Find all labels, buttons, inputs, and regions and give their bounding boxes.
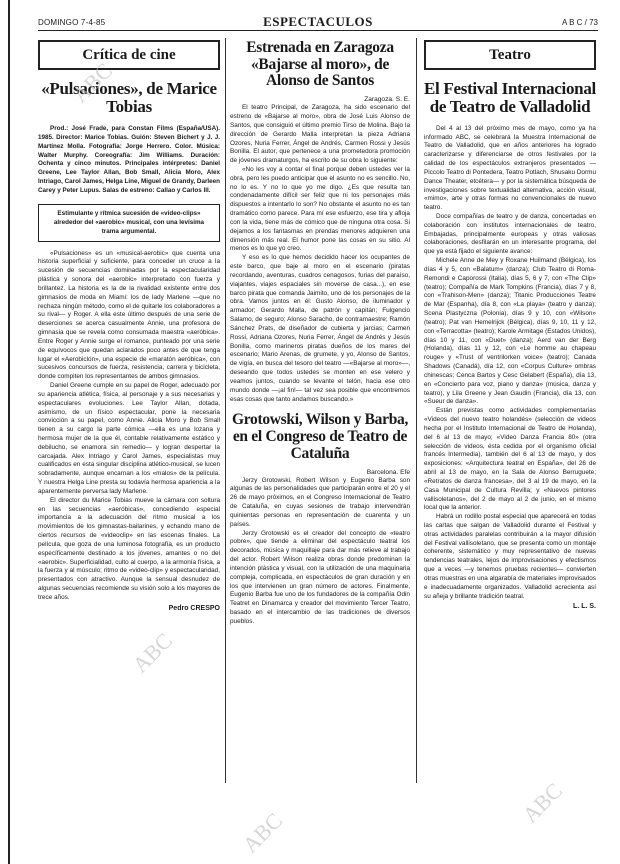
header-section: ESPECTACULOS <box>38 14 598 30</box>
paragraph: «No les voy a contar el final porque deb… <box>230 166 410 254</box>
page-header: DOMINGO 7-4-85 ESPECTACULOS A B C / 73 <box>38 16 598 31</box>
abc-watermark: ABC <box>237 808 287 858</box>
paragraph: Habrá un rodillo postal especial que apa… <box>424 513 596 601</box>
abc-watermark: ABC <box>517 778 567 828</box>
paragraph: Jerzy Grotowski, Robert Wilson y Eugenio… <box>230 477 410 530</box>
festival-headline: El Festival Internacional de Teatro de V… <box>424 80 596 117</box>
film-review-column: Crítica de cine «Pulsaciones», de Marice… <box>38 38 220 612</box>
column-divider-1 <box>225 38 226 783</box>
zaragoza-headline: Estrenada en Zaragoza «Bajarse al moro»,… <box>230 40 410 90</box>
abc-watermark: ABC <box>127 628 177 678</box>
film-review-body: «Pulsaciones» es un «musical-aerobic» qu… <box>38 250 220 603</box>
paragraph: Del 4 al 13 del próximo mes de mayo, com… <box>424 125 596 213</box>
header-page-number: A B C / 73 <box>562 18 598 27</box>
film-review-headline: «Pulsaciones», de Marice Tobias <box>38 80 220 117</box>
theatre-news-column: Estrenada en Zaragoza «Bajarse al moro»,… <box>230 38 410 627</box>
festival-column: Teatro El Festival Internacional de Teat… <box>424 38 596 610</box>
paragraph: Doce compañías de teatro y de danza, con… <box>424 213 596 257</box>
zaragoza-dateline: Zaragoza. S. E. <box>230 96 410 103</box>
paragraph: Jerzy Grotowski es el creador del concep… <box>230 530 410 627</box>
paragraph: «Pulsaciones» es un «musical-aerobic» qu… <box>38 250 220 382</box>
cataluna-dateline: Barcelona. Efe <box>230 469 410 476</box>
section-label-theatre: Teatro <box>424 40 596 70</box>
section-label-film-review: Crítica de cine <box>38 40 220 70</box>
film-credits: Prod.: José Frade, para Constan Films (E… <box>38 125 220 197</box>
festival-signature: L. L. S. <box>424 603 596 610</box>
paragraph: El director du Marice Tobias mueve la cá… <box>38 497 220 603</box>
zaragoza-body: El teatro Principal, de Zaragoza, ha sid… <box>230 104 410 404</box>
film-summary-box: Estimulante y rítmica sucesión de «video… <box>38 204 220 241</box>
paragraph: El teatro Principal, de Zaragoza, ha sid… <box>230 104 410 166</box>
film-review-signature: Pedro CRESPO <box>38 605 220 612</box>
paragraph: Daniel Greene cumple en su papel de Roge… <box>38 382 220 497</box>
cataluna-headline: Grotowski, Wilson y Barba, en el Congres… <box>230 412 410 462</box>
cataluna-body: Jerzy Grotowski, Robert Wilson y Eugenio… <box>230 477 410 627</box>
column-divider-2 <box>416 38 417 783</box>
festival-body: Del 4 al 13 del próximo mes de mayo, com… <box>424 125 596 602</box>
paragraph: Michele Anne de Mey y Roxane Huilmand (B… <box>424 257 596 407</box>
paragraph: Están previstas como actividades complem… <box>424 407 596 513</box>
page-left-border <box>8 0 10 864</box>
paragraph: Y eso es lo que hemos decidido hacer los… <box>230 254 410 404</box>
